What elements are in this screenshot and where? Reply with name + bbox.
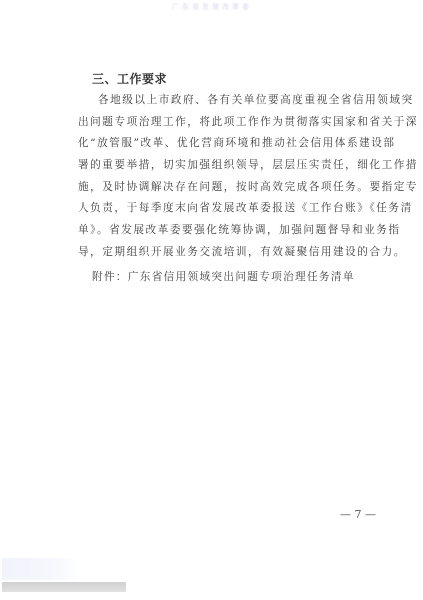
page-number: — 7 — [340,508,376,521]
paragraph-line: 各地级以上市政府、各有关单位要高度重视全省信用领域突 [78,90,378,112]
paragraph-line: 署的重要举措，切实加强组织领导，层层压实责任，细化工作措 [78,155,378,177]
paragraph-line: 施，及时协调解决存在问题，按时高效完成各项任务。要指定专 [78,177,378,199]
paragraph-line: 导，定期组织开展业务交流培训，有效凝聚信用建设的合力。 [78,242,378,264]
document-body: 三、工作要求 各地级以上市政府、各有关单位要高度重视全省信用领域突 出问题专项治… [78,68,378,264]
paragraph-line: 出问题专项治理工作，将此项工作作为贯彻落实国家和省关于深 [78,112,378,134]
scan-artifact-shadow [2,558,82,580]
header-stamp: 广东省发展改革委 [172,2,252,14]
paragraph-line: 人负责，于每季度末向省发展改革委报送《工作台账》《任务清 [78,198,378,220]
attachment-note: 附件：广东省信用领域突出问题专项治理任务清单 [92,269,355,284]
section-paragraph: 各地级以上市政府、各有关单位要高度重视全省信用领域突 出问题专项治理工作，将此项… [78,90,378,264]
section-heading: 三、工作要求 [92,68,378,90]
paragraph-line: 单》。省发展改革委要强化统筹协调，加强问题督导和业务指 [78,220,378,242]
paragraph-line: 化“放管服”改革、优化营商环境和推动社会信用体系建设部 [78,133,378,155]
scan-artifact-bar [2,582,126,592]
